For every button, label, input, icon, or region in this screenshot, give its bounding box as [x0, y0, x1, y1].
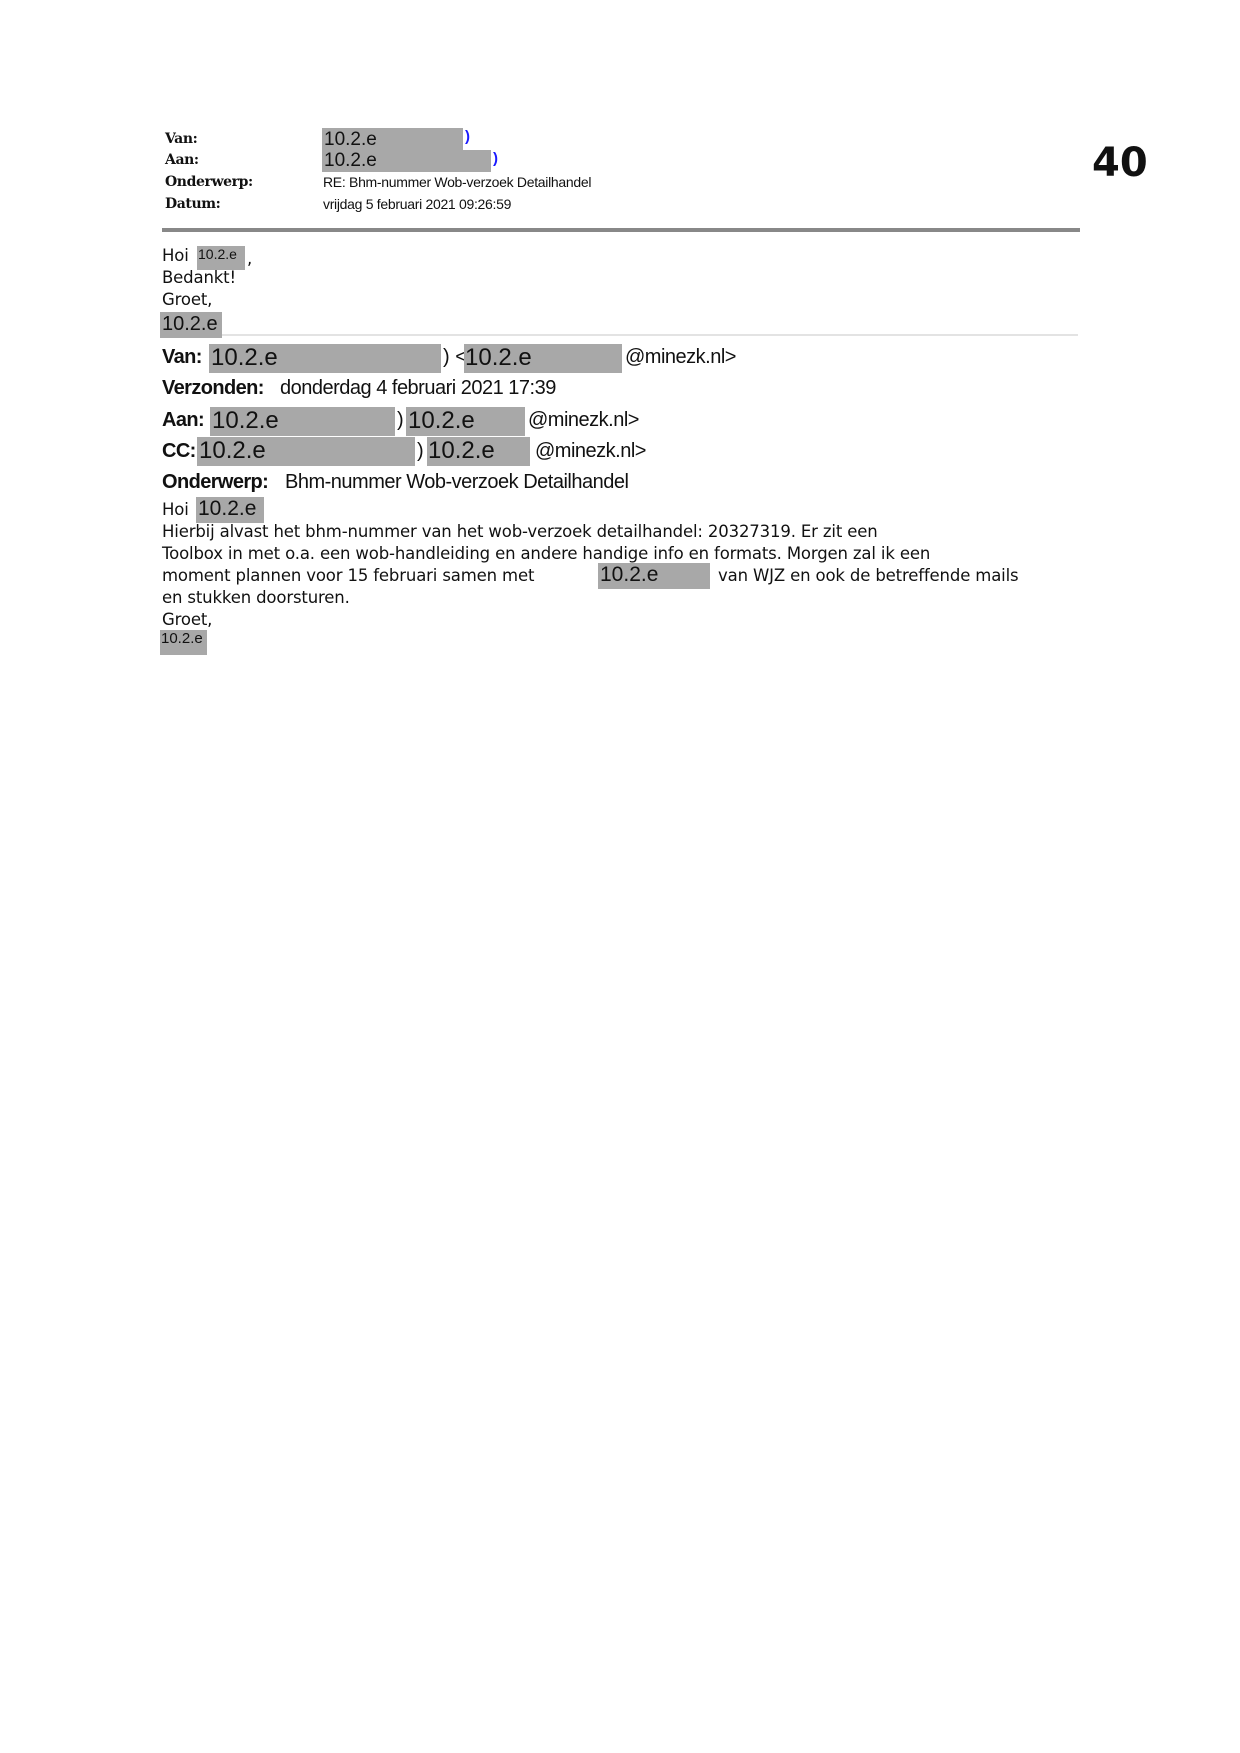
reply-to-link-bracket[interactable]: ) — [493, 150, 498, 167]
reply-from-redaction: 10.2.e — [322, 128, 463, 151]
orig-from-email-redaction: 10.2.e — [464, 344, 622, 373]
redaction-code: 10.2.e — [209, 344, 278, 371]
orig-from-label: Van: — [162, 346, 202, 369]
reply-date-value: vrijdag 5 februari 2021 09:26:59 — [323, 196, 511, 212]
greeting-word: Hoi — [162, 246, 189, 265]
reply-closing: Groet, — [162, 290, 212, 309]
orig-cc-email-redaction: 10.2.e — [427, 437, 530, 466]
reply-signature-redaction: 10.2.e — [160, 312, 222, 338]
orig-body-line-2: Toolbox in met o.a. een wob-handleiding … — [162, 544, 930, 563]
orig-from-domain: @minezk.nl> — [625, 346, 736, 369]
redaction-code: 10.2.e — [160, 313, 218, 335]
redaction-code: 10.2.e — [464, 344, 532, 371]
reply-greeting-comma: , — [247, 249, 252, 268]
reply-from-link-bracket[interactable]: ) — [465, 128, 470, 145]
redaction-code: 10.2.e — [322, 150, 377, 171]
reply-subject-value: RE: Bhm-nummer Wob-verzoek Detailhandel — [323, 174, 591, 190]
reply-greeting-redaction: 10.2.e — [197, 246, 245, 270]
reply-greeting: Hoi — [162, 246, 189, 265]
orig-body-line-3-end: van WJZ en ook de betreffende mails — [718, 566, 1018, 585]
quoted-message-divider — [222, 334, 1078, 336]
redaction-code: 10.2.e — [197, 246, 237, 262]
orig-body-line-1: Hierbij alvast het bhm-nummer van het wo… — [162, 522, 878, 541]
orig-from-name-redaction: 10.2.e — [209, 344, 441, 373]
reply-to-label: Aan: — [165, 152, 199, 168]
redaction-code: 10.2.e — [196, 497, 256, 520]
reply-from-label: Van: — [165, 131, 197, 147]
orig-body-line-4: en stukken doorsturen. — [162, 588, 350, 607]
header-divider — [162, 228, 1080, 232]
reply-to-redaction: 10.2.e — [322, 150, 491, 172]
orig-cc-label: CC: — [162, 440, 196, 463]
orig-body-colleague-redaction: 10.2.e — [598, 563, 710, 589]
orig-to-domain: @minezk.nl> — [528, 409, 639, 432]
redaction-code: 10.2.e — [598, 563, 658, 586]
orig-subject-value: Bhm-nummer Wob-verzoek Detailhandel — [285, 471, 628, 494]
orig-sent-value: donderdag 4 februari 2021 17:39 — [280, 377, 556, 400]
orig-cc-domain: @minezk.nl> — [535, 440, 646, 463]
orig-to-name-redaction: 10.2.e — [210, 407, 395, 436]
reply-subject-label: Onderwerp: — [165, 174, 253, 190]
orig-greeting-redaction: 10.2.e — [196, 497, 264, 523]
orig-to-label: Aan: — [162, 409, 204, 432]
orig-body-line-3-start: moment plannen voor 15 februari samen me… — [162, 566, 534, 585]
orig-to-email-redaction: 10.2.e — [406, 407, 525, 436]
page-number: 40 — [1092, 140, 1148, 186]
orig-closing: Groet, — [162, 610, 212, 629]
orig-to-separator: ) — [397, 409, 403, 432]
orig-subject-label: Onderwerp: — [162, 471, 268, 494]
orig-cc-separator: ) — [417, 440, 423, 463]
redaction-code: 10.2.e — [322, 129, 377, 150]
redaction-code: 10.2.e — [160, 630, 203, 647]
reply-thanks: Bedankt! — [162, 268, 236, 287]
orig-cc-name-redaction: 10.2.e — [197, 437, 415, 466]
redaction-code: 10.2.e — [427, 437, 495, 464]
reply-date-label: Datum: — [165, 196, 220, 212]
orig-signature-redaction: 10.2.e — [160, 630, 207, 655]
redaction-code: 10.2.e — [406, 407, 475, 434]
orig-greeting: Hoi — [162, 500, 189, 519]
redaction-code: 10.2.e — [210, 407, 279, 434]
orig-sent-label: Verzonden: — [162, 377, 264, 400]
redaction-code: 10.2.e — [197, 437, 266, 464]
